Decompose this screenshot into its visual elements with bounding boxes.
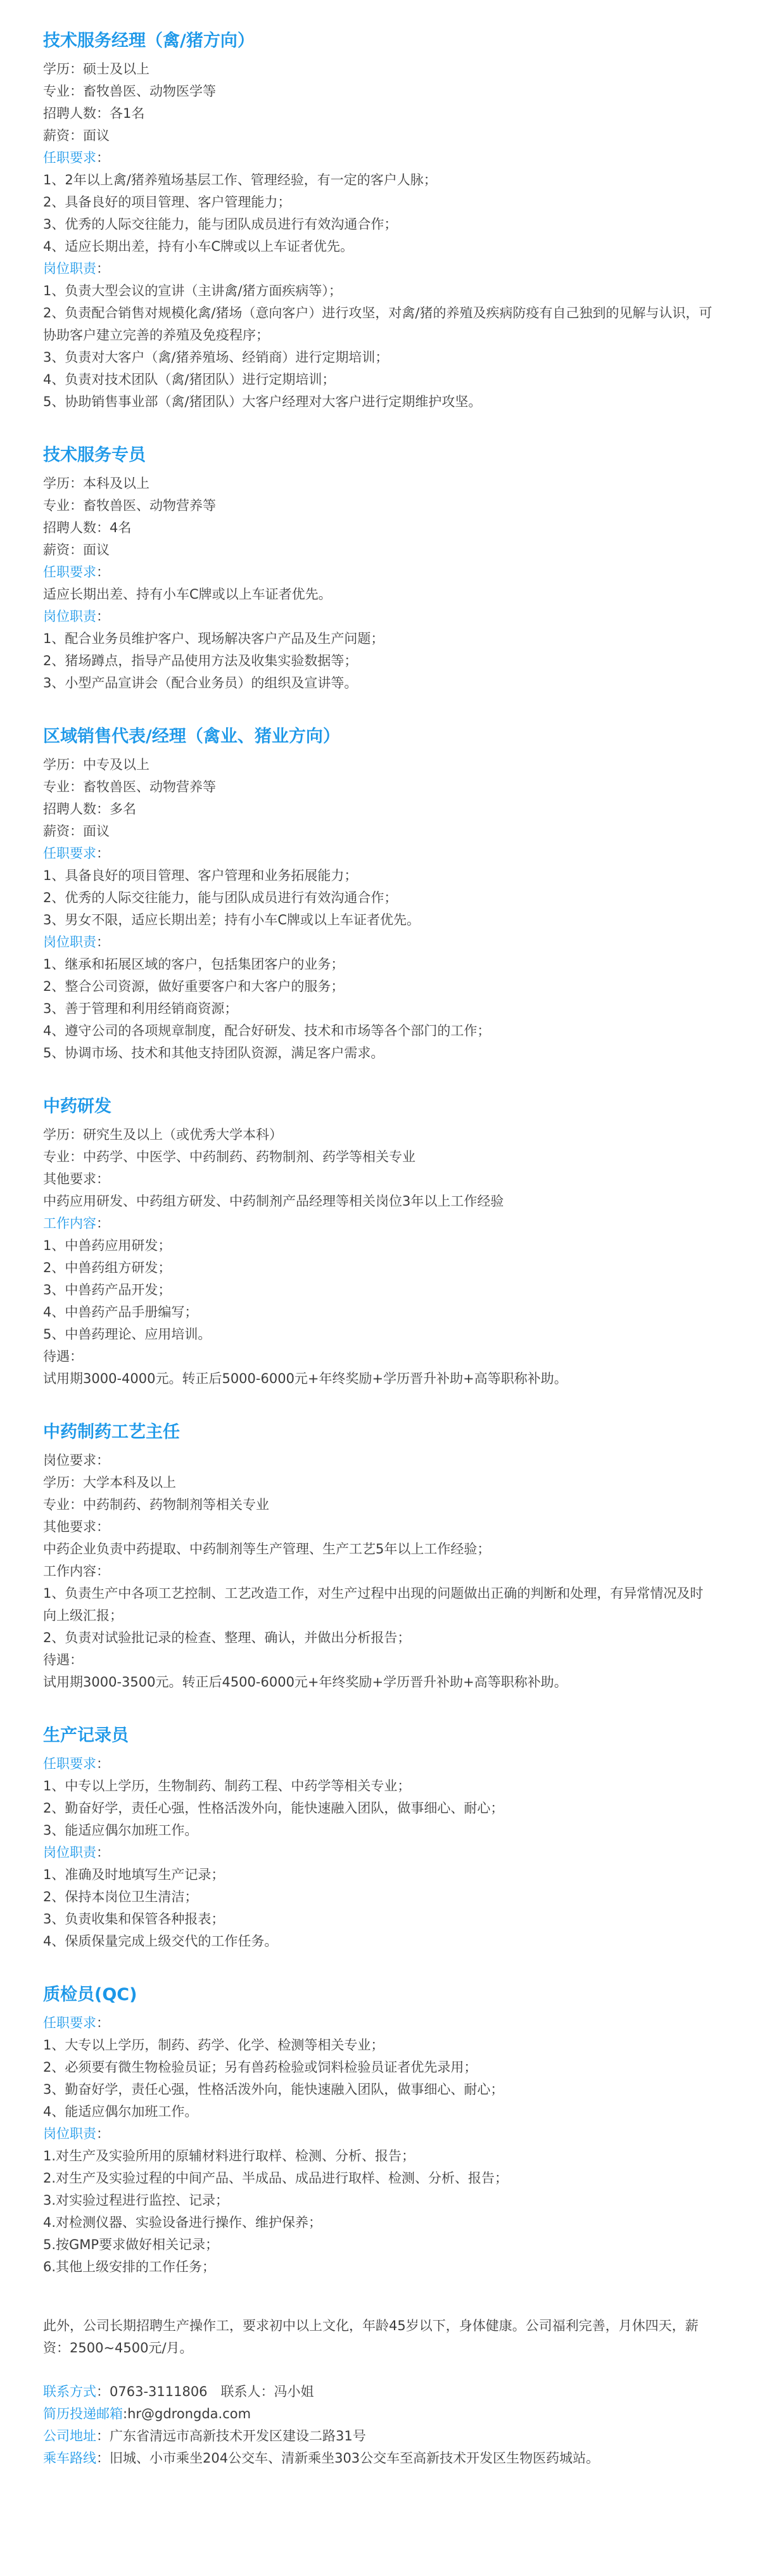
text-line: 薪资：面议 — [43, 125, 716, 147]
text-line: 1、负责生产中各项工艺控制、工艺改造工作，对生产过程中出现的问题做出正确的判断和… — [43, 1583, 716, 1627]
section-label-suffix: ： — [96, 609, 110, 624]
section-label-line: 任职要求： — [43, 1753, 716, 1775]
text-line: 1、大专以上学历，制药、药学、化学、检测等相关专业； — [43, 2034, 716, 2056]
section-label-line: 岗位职责： — [43, 931, 716, 953]
text-line: 薪资：面议 — [43, 820, 716, 843]
text-line: 4、遵守公司的各项规章制度，配合好研发、技术和市场等各个部门的工作； — [43, 1020, 716, 1042]
text-line: 其他要求： — [43, 1516, 716, 1538]
text-line: 3、善于管理和利用经销商资源； — [43, 998, 716, 1020]
text-line: 1、负责大型会议的宣讲（主讲禽/猪方面疾病等）； — [43, 280, 716, 302]
section-label-suffix: ： — [96, 2015, 110, 2031]
text-line: 1、配合业务员维护客户、现场解决客户产品及生产问题； — [43, 628, 716, 650]
text-line: 专业：中药制药、药物制剂等相关专业 — [43, 1494, 716, 1516]
text-line: 5、中兽药理论、应用培训。 — [43, 1323, 716, 1346]
text-line: 5.按GMP要求做好相关记录； — [43, 2234, 716, 2256]
section-label-line: 岗位职责： — [43, 606, 716, 628]
text-line: 2、整合公司资源，做好重要客户和大客户的服务； — [43, 976, 716, 998]
text-line: 3、中兽药产品开发； — [43, 1279, 716, 1301]
text-line: 学历：研究生及以上（或优秀大学本科） — [43, 1124, 716, 1146]
text-line: 4、保质保量完成上级交代的工作任务。 — [43, 1930, 716, 1953]
text-line: 待遇： — [43, 1346, 716, 1368]
job-title: 质检员(QC) — [43, 1982, 716, 2008]
text-line: 其他要求： — [43, 1168, 716, 1190]
text-line: 学历：硕士及以上 — [43, 58, 716, 80]
job-title: 中药制药工艺主任 — [43, 1419, 716, 1446]
text-line: 1.对生产及实验所用的原辅材料进行取样、检测、分析、报告； — [43, 2145, 716, 2167]
text-line: 2.对生产及实验过程的中间产品、半成品、成品进行取样、检测、分析、报告； — [43, 2167, 716, 2190]
text-line: 岗位要求： — [43, 1450, 716, 1472]
text-line: 4、中兽药产品手册编写； — [43, 1301, 716, 1323]
text-line: 2、必须要有微生物检验员证；另有兽药检验或饲料检验员证者优先录用； — [43, 2056, 716, 2079]
section-label-line: 工作内容： — [43, 1213, 716, 1235]
job-section: 质检员(QC)任职要求：1、大专以上学历，制药、药学、化学、检测等相关专业；2、… — [43, 1982, 716, 2278]
section-label: 岗位职责 — [43, 2126, 96, 2141]
job-section: 中药制药工艺主任岗位要求：学历：大学本科及以上专业：中药制药、药物制剂等相关专业… — [43, 1419, 716, 1693]
section-label-suffix: :hr@gdrongda.com — [123, 2406, 251, 2421]
job-section: 技术服务专员学历：本科及以上专业：畜牧兽医、动物营养等招聘人数：4名薪资：面议任… — [43, 442, 716, 694]
text-line: 适应长期出差、持有小车C牌或以上车证者优先。 — [43, 583, 716, 606]
text-line: 专业：中药学、中医学、中药制药、药物制剂、药学等相关专业 — [43, 1146, 716, 1168]
job-posting-document: 技术服务经理（禽/猪方向）学历：硕士及以上专业：畜牧兽医、动物医学等招聘人数：各… — [0, 0, 760, 2508]
section-label-line: 乘车路线：旧城、小市乘坐204公交车、清新乘坐303公交车至高新技术开发区生物医… — [43, 2447, 716, 2470]
text-line: 5、协调市场、技术和其他支持团队资源，满足客户需求。 — [43, 1042, 716, 1064]
section-label-line: 任职要求： — [43, 843, 716, 865]
section-label: 岗位职责 — [43, 609, 96, 624]
section-label-line: 任职要求： — [43, 147, 716, 169]
text-line: 6.其他上级安排的工作任务； — [43, 2256, 716, 2278]
section-label-suffix: ： — [96, 1756, 110, 1771]
text-line: 3、勤奋好学，责任心强，性格活泼外向，能快速融入团队，做事细心、耐心； — [43, 2079, 716, 2101]
text-line: 3、优秀的人际交往能力，能与团队成员进行有效沟通合作； — [43, 214, 716, 236]
section-label-line: 岗位职责： — [43, 2123, 716, 2145]
section-label-suffix: ： — [96, 934, 110, 950]
text-line: 3、能适应偶尔加班工作。 — [43, 1820, 716, 1842]
job-section: 技术服务经理（禽/猪方向）学历：硕士及以上专业：畜牧兽医、动物医学等招聘人数：各… — [43, 28, 716, 413]
job-section: 生产记录员任职要求：1、中专以上学历，生物制药、制药工程、中药学等相关专业；2、… — [43, 1723, 716, 1953]
text-line: 3、负责对大客户（禽/猪养殖场、经销商）进行定期培训； — [43, 347, 716, 369]
section-label: 任职要求 — [43, 564, 96, 580]
text-line: 专业：畜牧兽医、动物医学等 — [43, 80, 716, 103]
text-line: 待遇： — [43, 1649, 716, 1671]
text-line: 工作内容： — [43, 1560, 716, 1583]
text-line: 试用期3000-4000元。转正后5000-6000元+年终奖励+学历晋升补助+… — [43, 1368, 716, 1390]
section-label-suffix: ： — [96, 1216, 110, 1231]
section-label-suffix: ： — [96, 261, 110, 276]
section-label: 岗位职责 — [43, 934, 96, 950]
general-recruitment-notice: 此外，公司长期招聘生产操作工，要求初中以上文化，年龄45岁以下，身体健康。公司福… — [43, 2315, 716, 2359]
section-label: 任职要求 — [43, 1756, 96, 1771]
footer: 此外，公司长期招聘生产操作工，要求初中以上文化，年龄45岁以下，身体健康。公司福… — [43, 2315, 716, 2470]
text-line: 1、具备良好的项目管理、客户管理和业务拓展能力； — [43, 865, 716, 887]
text-line: 4.对检测仪器、实验设备进行操作、维护保养； — [43, 2212, 716, 2234]
text-line: 3、小型产品宣讲会（配合业务员）的组织及宣讲等。 — [43, 672, 716, 694]
job-title: 技术服务专员 — [43, 442, 716, 469]
text-line: 2、保持本岗位卫生清洁； — [43, 1886, 716, 1908]
section-label-suffix: ： — [96, 1845, 110, 1860]
text-line: 2、中兽药组方研发； — [43, 1257, 716, 1279]
text-line: 2、负责对试验批记录的检查、整理、确认，并做出分析报告； — [43, 1627, 716, 1649]
text-line: 1、中兽药应用研发； — [43, 1235, 716, 1257]
section-label: 工作内容 — [43, 1216, 96, 1231]
text-line: 3.对实验过程进行监控、记录； — [43, 2190, 716, 2212]
text-line: 1、2年以上禽/猪养殖场基层工作、管理经验，有一定的客户人脉； — [43, 169, 716, 191]
text-line: 2、具备良好的项目管理、客户管理能力； — [43, 191, 716, 214]
section-label: 任职要求 — [43, 150, 96, 165]
section-label-suffix: ： — [96, 2126, 110, 2141]
text-line: 试用期3000-3500元。转正后4500-6000元+年终奖励+学历晋升补助+… — [43, 1671, 716, 1693]
job-title: 生产记录员 — [43, 1723, 716, 1749]
text-line: 学历：大学本科及以上 — [43, 1472, 716, 1494]
text-line: 2、优秀的人际交往能力，能与团队成员进行有效沟通合作； — [43, 887, 716, 909]
text-line: 中药企业负责中药提取、中药制剂等生产管理、生产工艺5年以上工作经验； — [43, 1538, 716, 1560]
section-label: 任职要求 — [43, 846, 96, 861]
text-line: 学历：本科及以上 — [43, 473, 716, 495]
section-label: 乘车路线 — [43, 2451, 96, 2466]
section-label-line: 岗位职责： — [43, 258, 716, 280]
section-label-suffix: ： — [96, 564, 110, 580]
section-label: 岗位职责 — [43, 261, 96, 276]
section-label-line: 任职要求： — [43, 2012, 716, 2034]
job-section: 中药研发学历：研究生及以上（或优秀大学本科）专业：中药学、中医学、中药制药、药物… — [43, 1094, 716, 1390]
text-line: 3、男女不限，适应长期出差；持有小车C牌或以上车证者优先。 — [43, 909, 716, 931]
section-label-line: 公司地址：广东省清远市高新技术开发区建设二路31号 — [43, 2425, 716, 2447]
contact-block: 联系方式：0763-3111806 联系人：冯小姐简历投递邮箱:hr@gdron… — [43, 2381, 716, 2470]
job-title: 技术服务经理（禽/猪方向） — [43, 28, 716, 54]
section-label-line: 联系方式：0763-3111806 联系人：冯小姐 — [43, 2381, 716, 2403]
job-section: 区域销售代表/经理（禽业、猪业方向）学历：中专及以上专业：畜牧兽医、动物营养等招… — [43, 724, 716, 1064]
text-line: 专业：畜牧兽医、动物营养等 — [43, 495, 716, 517]
text-line: 学历：中专及以上 — [43, 754, 716, 776]
job-title: 区域销售代表/经理（禽业、猪业方向） — [43, 724, 716, 750]
text-line: 招聘人数：多名 — [43, 798, 716, 820]
text-line: 4、适应长期出差，持有小车C牌或以上车证者优先。 — [43, 236, 716, 258]
text-line: 1、中专以上学历，生物制药、制药工程、中药学等相关专业； — [43, 1775, 716, 1797]
section-label-suffix: ：0763-3111806 联系人：冯小姐 — [96, 2384, 314, 2399]
text-line: 2、猪场蹲点，指导产品使用方法及收集实验数据等； — [43, 650, 716, 672]
text-line: 专业：畜牧兽医、动物营养等 — [43, 776, 716, 798]
text-line: 招聘人数：各1名 — [43, 103, 716, 125]
text-line: 招聘人数：4名 — [43, 517, 716, 539]
section-label-suffix: ：旧城、小市乘坐204公交车、清新乘坐303公交车至高新技术开发区生物医药城站。 — [96, 2451, 599, 2466]
text-line: 1、继承和拓展区域的客户，包括集团客户的业务； — [43, 953, 716, 976]
text-line: 3、负责收集和保管各种报表； — [43, 1908, 716, 1930]
section-label-suffix: ： — [96, 150, 110, 165]
text-line: 4、负责对技术团队（禽/猪团队）进行定期培训； — [43, 369, 716, 391]
section-label: 联系方式 — [43, 2384, 96, 2399]
text-line: 中药应用研发、中药组方研发、中药制剂产品经理等相关岗位3年以上工作经验 — [43, 1190, 716, 1213]
text-line: 4、能适应偶尔加班工作。 — [43, 2101, 716, 2123]
text-line: 5、协助销售事业部（禽/猪团队）大客户经理对大客户进行定期维护攻坚。 — [43, 391, 716, 413]
text-line: 1、准确及时地填写生产记录； — [43, 1864, 716, 1886]
job-title: 中药研发 — [43, 1094, 716, 1120]
section-label-suffix: ： — [96, 846, 110, 861]
section-label: 简历投递邮箱 — [43, 2406, 123, 2421]
text-line: 2、负责配合销售对规模化禽/猪场（意向客户）进行攻坚，对禽/猪的养殖及疾病防疫有… — [43, 302, 716, 347]
text-line: 薪资：面议 — [43, 539, 716, 561]
section-label-suffix: ：广东省清远市高新技术开发区建设二路31号 — [96, 2428, 366, 2444]
section-label: 公司地址 — [43, 2428, 96, 2444]
text-line: 2、勤奋好学，责任心强，性格活泼外向，能快速融入团队，做事细心、耐心； — [43, 1797, 716, 1820]
section-label-line: 岗位职责： — [43, 1842, 716, 1864]
section-label: 任职要求 — [43, 2015, 96, 2031]
section-label-line: 任职要求： — [43, 561, 716, 583]
section-label: 岗位职责 — [43, 1845, 96, 1860]
section-label-line: 简历投递邮箱:hr@gdrongda.com — [43, 2403, 716, 2425]
